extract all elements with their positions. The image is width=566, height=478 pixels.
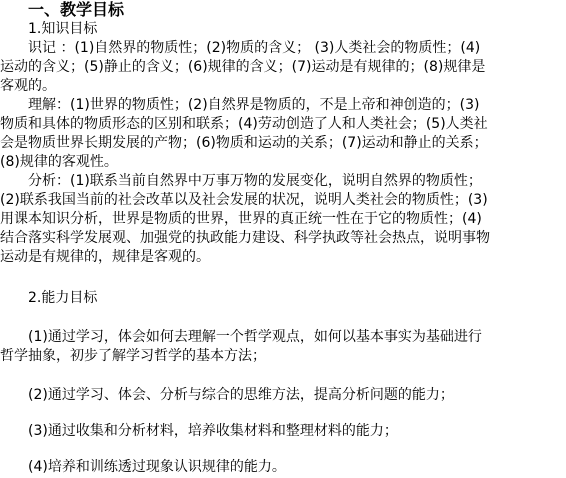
analyze-line: (2)联系我国当前的社会改革以及社会发展的状况，说明人类社会的物质性；(3) [0, 190, 488, 210]
analyze-line: 分析：(1)联系当前自然界中万事万物的发展变化，说明自然界的物质性； [28, 171, 482, 191]
page-title: 一、教学目标 [28, 0, 124, 20]
ability-item: (3)通过收集和分析材料，培养收集材料和整理材料的能力； [28, 421, 398, 441]
analyze-line: 结合落实科学发展观、加强党的执政能力建设、科学执政等社会热点，说明事物 [0, 228, 490, 248]
analyze-line: 用课本知识分析，世界是物质的世界，世界的真正统一性在于它的物质性；(4) [0, 209, 482, 229]
recall-line: 客观的。 [0, 76, 56, 96]
ability-item: (2)通过学习、体会、分析与综合的思维方法，提高分析问题的能力； [28, 385, 454, 405]
ability-item: (4)培养和训练透过现象认识规律的能力。 [28, 457, 286, 477]
recall-line: 运动的含义；(5)静止的含义；(6)规律的含义；(7)运动是有规律的；(8)规律… [0, 57, 485, 77]
understand-line: 理解：(1)世界的物质性；(2)自然界是物质的，不是上帝和神创造的；(3) [28, 95, 480, 115]
understand-line: 物质和具体的物质形态的区别和联系；(4)劳动创造了人和人类社会；(5)人类社 [0, 114, 488, 134]
understand-line: (8)规律的客观性。 [0, 152, 118, 172]
understand-line: 会是物质世界长期发展的产物；(6)物质和运动的关系；(7)运动和静止的关系； [0, 133, 488, 153]
section-heading-ability: 2.能力目标 [28, 288, 97, 308]
recall-line: 识记 ：(1)自然界的物质性；(2)物质的含义； (3)人类社会的物质性；(4) [28, 38, 480, 58]
ability-item: 哲学抽象，初步了解学习哲学的基本方法； [0, 346, 266, 366]
section-heading-knowledge: 1.知识目标 [28, 19, 97, 39]
ability-item: (1)通过学习，体会如何去理解一个哲学观点，如何以基本事实为基础进行 [28, 327, 482, 347]
analyze-line: 运动是有规律的，规律是客观的。 [0, 247, 210, 267]
